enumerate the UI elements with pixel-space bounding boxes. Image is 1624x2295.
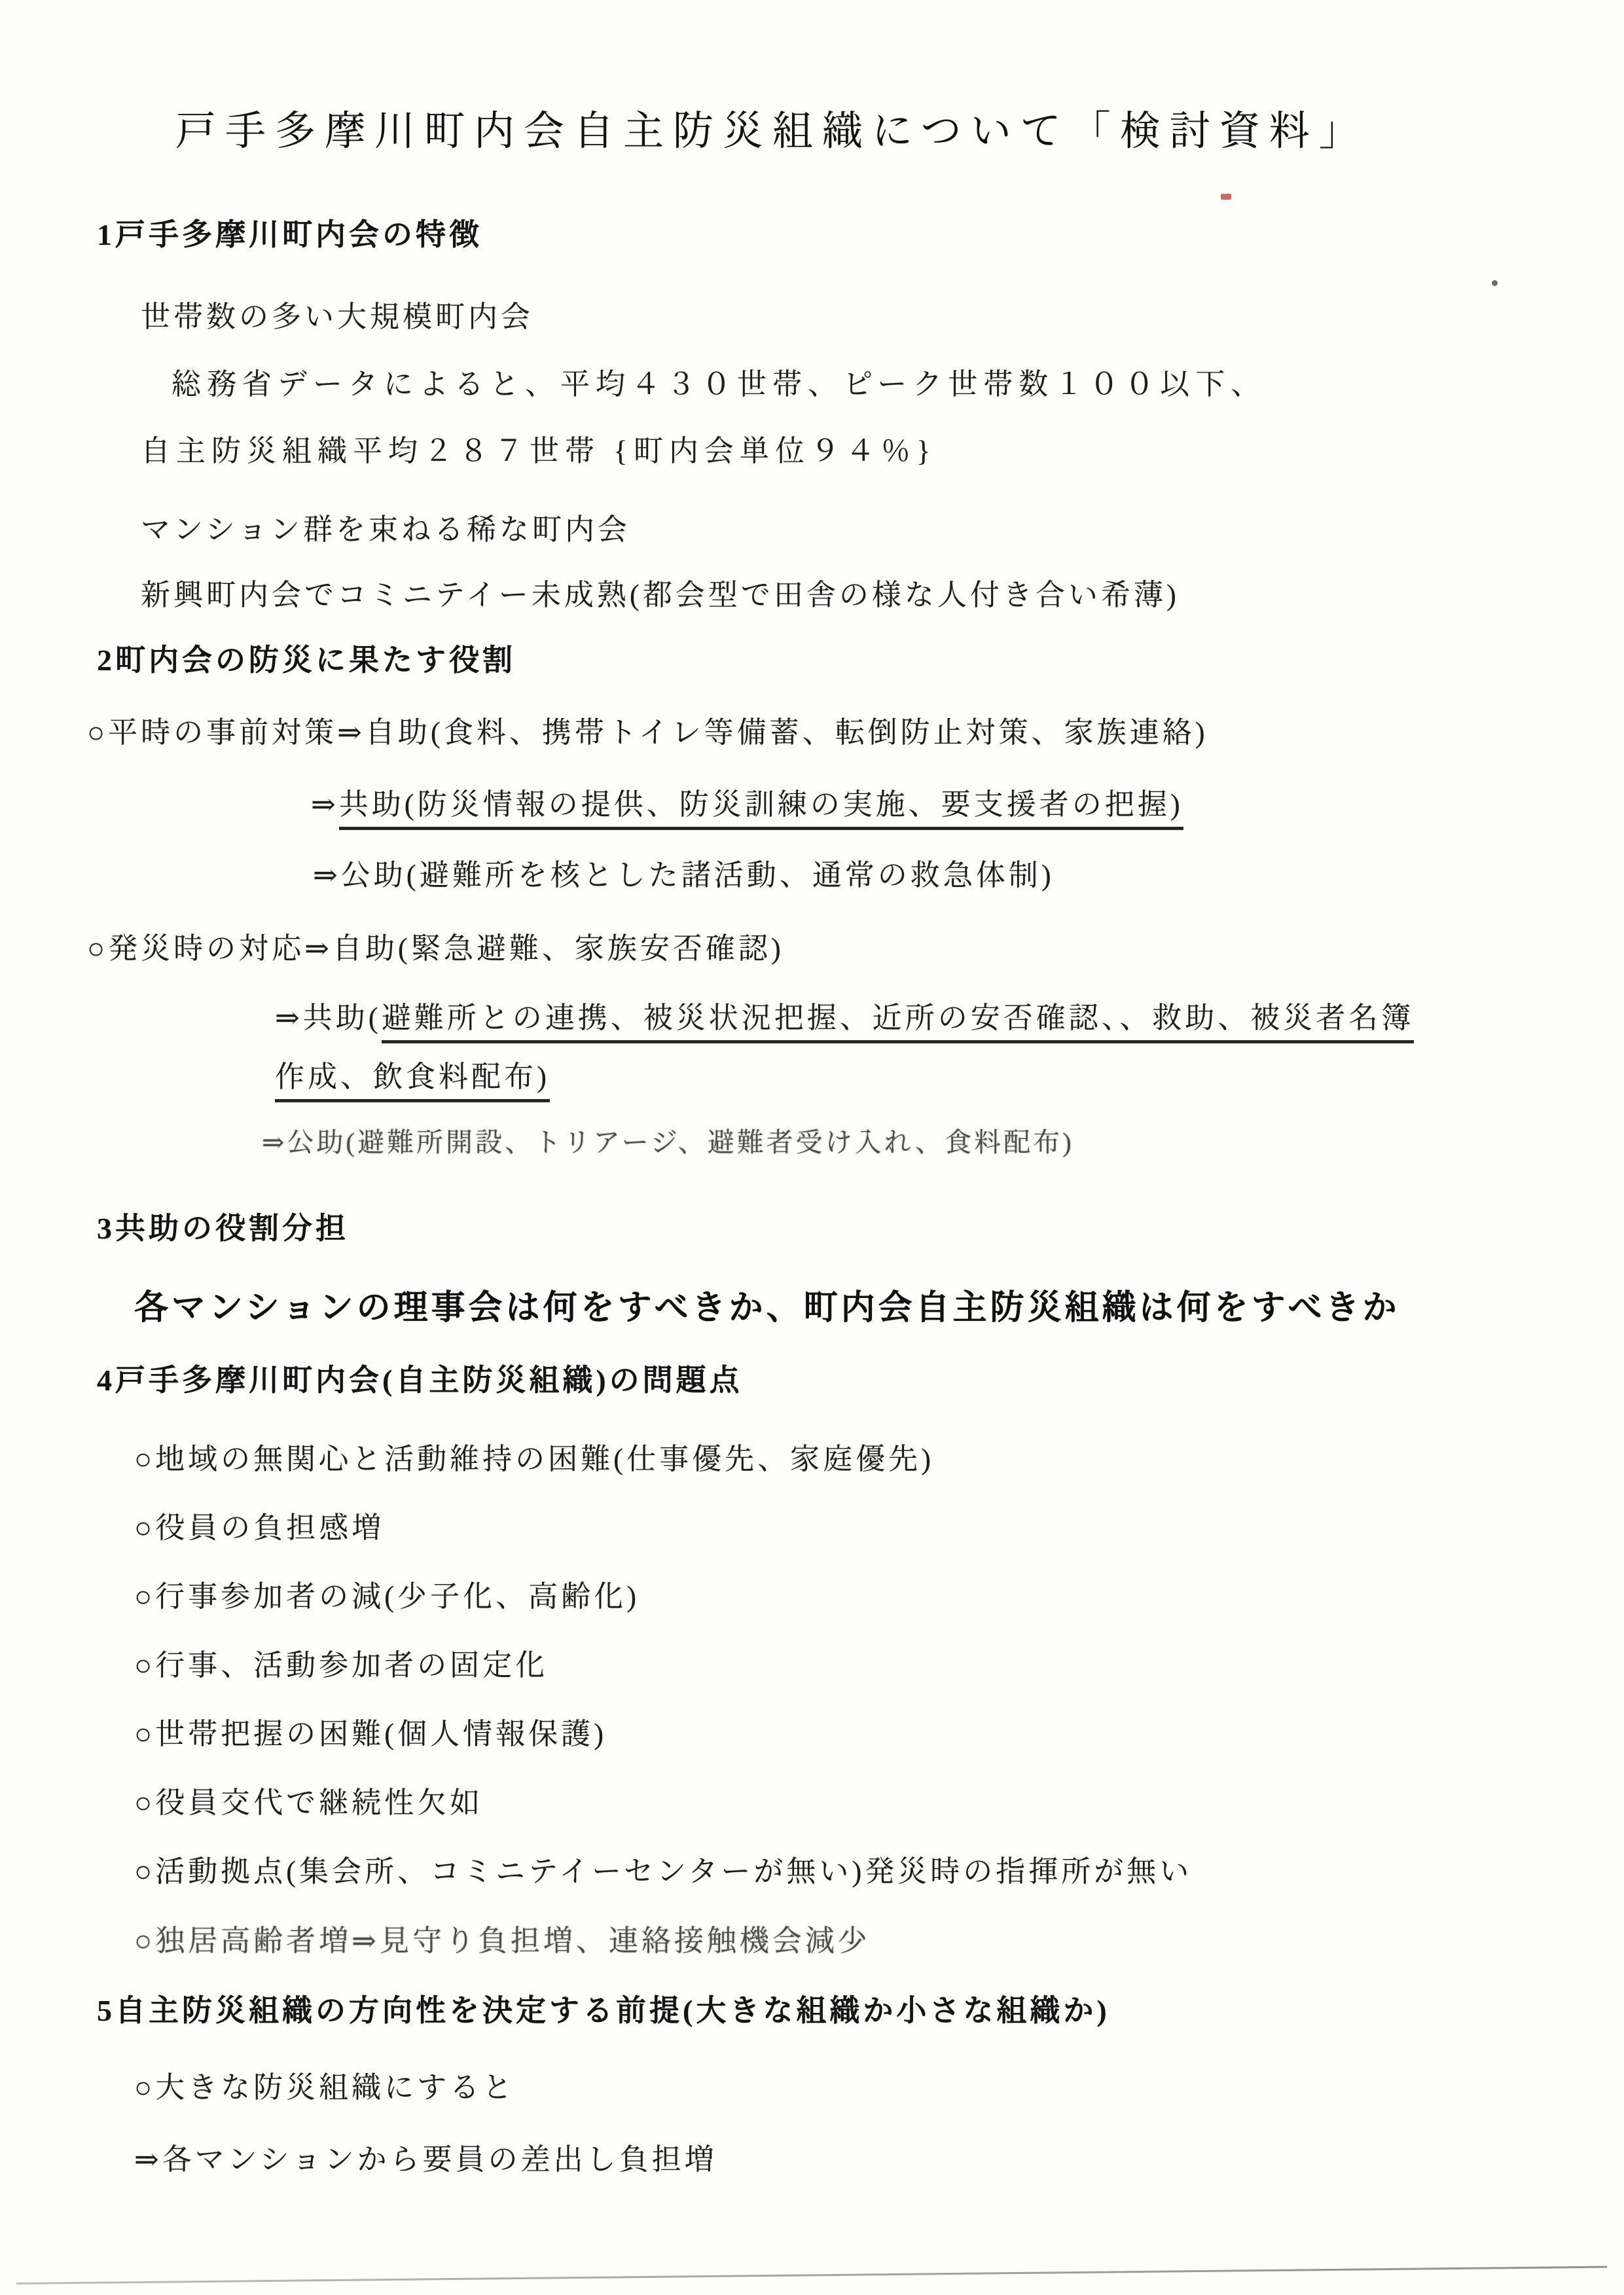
section1-item-mansion-group: マンション群を束ねる稀な町内会: [141, 505, 630, 548]
section2-disaster-kyojo-line2: 作成、飲食料配布): [275, 1053, 550, 1095]
section5-item-staff-burden: ⇒各マンションから要員の差出し負担増: [134, 2135, 717, 2178]
document-title: 戸手多摩川町内会自主防災組織について「検討資料」: [175, 98, 1369, 156]
section4-item-elderly-alone: ○独居高齢者増⇒見守り負担増、連絡接触機会減少: [134, 1917, 871, 1959]
section3-heading: 3共助の役割分担: [97, 1204, 349, 1248]
section4-heading: 4戸手多摩川町内会(自主防災組織)の問題点: [97, 1356, 743, 1400]
section4-item-continuity-lack: ○役員交代で継続性欠如: [134, 1779, 482, 1821]
section3-emphasis-question: 各マンションの理事会は何をすべきか、町内会自主防災組織は何をすべきか: [134, 1280, 1400, 1329]
section2-disaster-kyojo-underlined-1: 避難所との連携、被災状況把握、近所の安否確認、、救助、被災者名簿: [382, 1002, 1415, 1043]
scanned-document-page: 戸手多摩川町内会自主防災組織について「検討資料」 1戸手多摩川町内会の特徴 世帯…: [0, 0, 1624, 2295]
section2-heading: 2町内会の防災に果たす役割: [97, 636, 516, 679]
red-speck-artifact: [1221, 194, 1231, 200]
section5-item-large-org: ○大きな防災組織にすると: [134, 2063, 515, 2106]
dark-speck-artifact: [1492, 280, 1498, 286]
section1-item-jishu-bosai-average: 自主防災組織平均２８７世帯 {町内会単位９４％}: [141, 427, 936, 469]
section1-heading: 1戸手多摩川町内会の特徴: [97, 211, 482, 254]
section4-item-participants-decline: ○行事参加者の減(少子化、高齢化): [134, 1572, 640, 1615]
arrow-glyph: ⇒: [311, 788, 339, 821]
section2-peacetime-jijo: ○平時の事前対策⇒自助(食料、携帯トイレ等備蓄、転倒防止対策、家族連絡): [87, 708, 1208, 751]
section4-item-no-base: ○活動拠点(集会所、コミニテイーセンターが無い)発災時の指揮所が無い: [134, 1847, 1192, 1890]
section2-disaster-kyojo-line1: ⇒共助(避難所との連携、被災状況把握、近所の安否確認、、救助、被災者名簿: [275, 994, 1414, 1036]
scan-edge-artifact-line: [16, 2266, 1607, 2285]
section5-heading: 5自主防災組織の方向性を決定する前提(大きな組織か小さな組織か): [97, 1987, 1110, 2030]
section2-disaster-jijo: ○発災時の対応⇒自助(緊急避難、家族安否確認): [87, 924, 784, 967]
section1-item-somusho-data: 総務省データによると、平均４３０世帯、ピーク世帯数１００以下、: [171, 360, 1266, 403]
section4-item-indifference: ○地域の無関心と活動維持の困難(仕事優先、家庭優先): [134, 1435, 934, 1477]
section1-item-new-community: 新興町内会でコミニテイー未成熟(都会型で田舎の様な人付き合い希薄): [141, 571, 1180, 613]
section2-peacetime-kyojo: ⇒共助(防災情報の提供、防災訓練の実施、要支援者の把握): [311, 780, 1183, 823]
section2-disaster-kojo: ⇒公助(避難所開設、トリアージ、避難者受け入れ、食料配布): [262, 1121, 1074, 1159]
section4-item-fixed-participants: ○行事、活動参加者の固定化: [134, 1641, 548, 1684]
section4-item-officer-burden: ○役員の負担感増: [134, 1504, 384, 1546]
section4-item-household-grasp: ○世帯把握の困難(個人情報保護): [134, 1710, 607, 1752]
section2-disaster-kyojo-prefix: ⇒共助(: [275, 1002, 382, 1034]
section2-peacetime-kyojo-underlined: 共助(防災情報の提供、防災訓練の実施、要支援者の把握): [339, 788, 1183, 830]
section2-peacetime-kojo: ⇒公助(避難所を核とした諸活動、通常の救急体制): [313, 851, 1055, 894]
section2-disaster-kyojo-underlined-2: 作成、飲食料配布): [275, 1060, 550, 1102]
section1-item-households: 世帯数の多い大規模町内会: [141, 293, 533, 335]
